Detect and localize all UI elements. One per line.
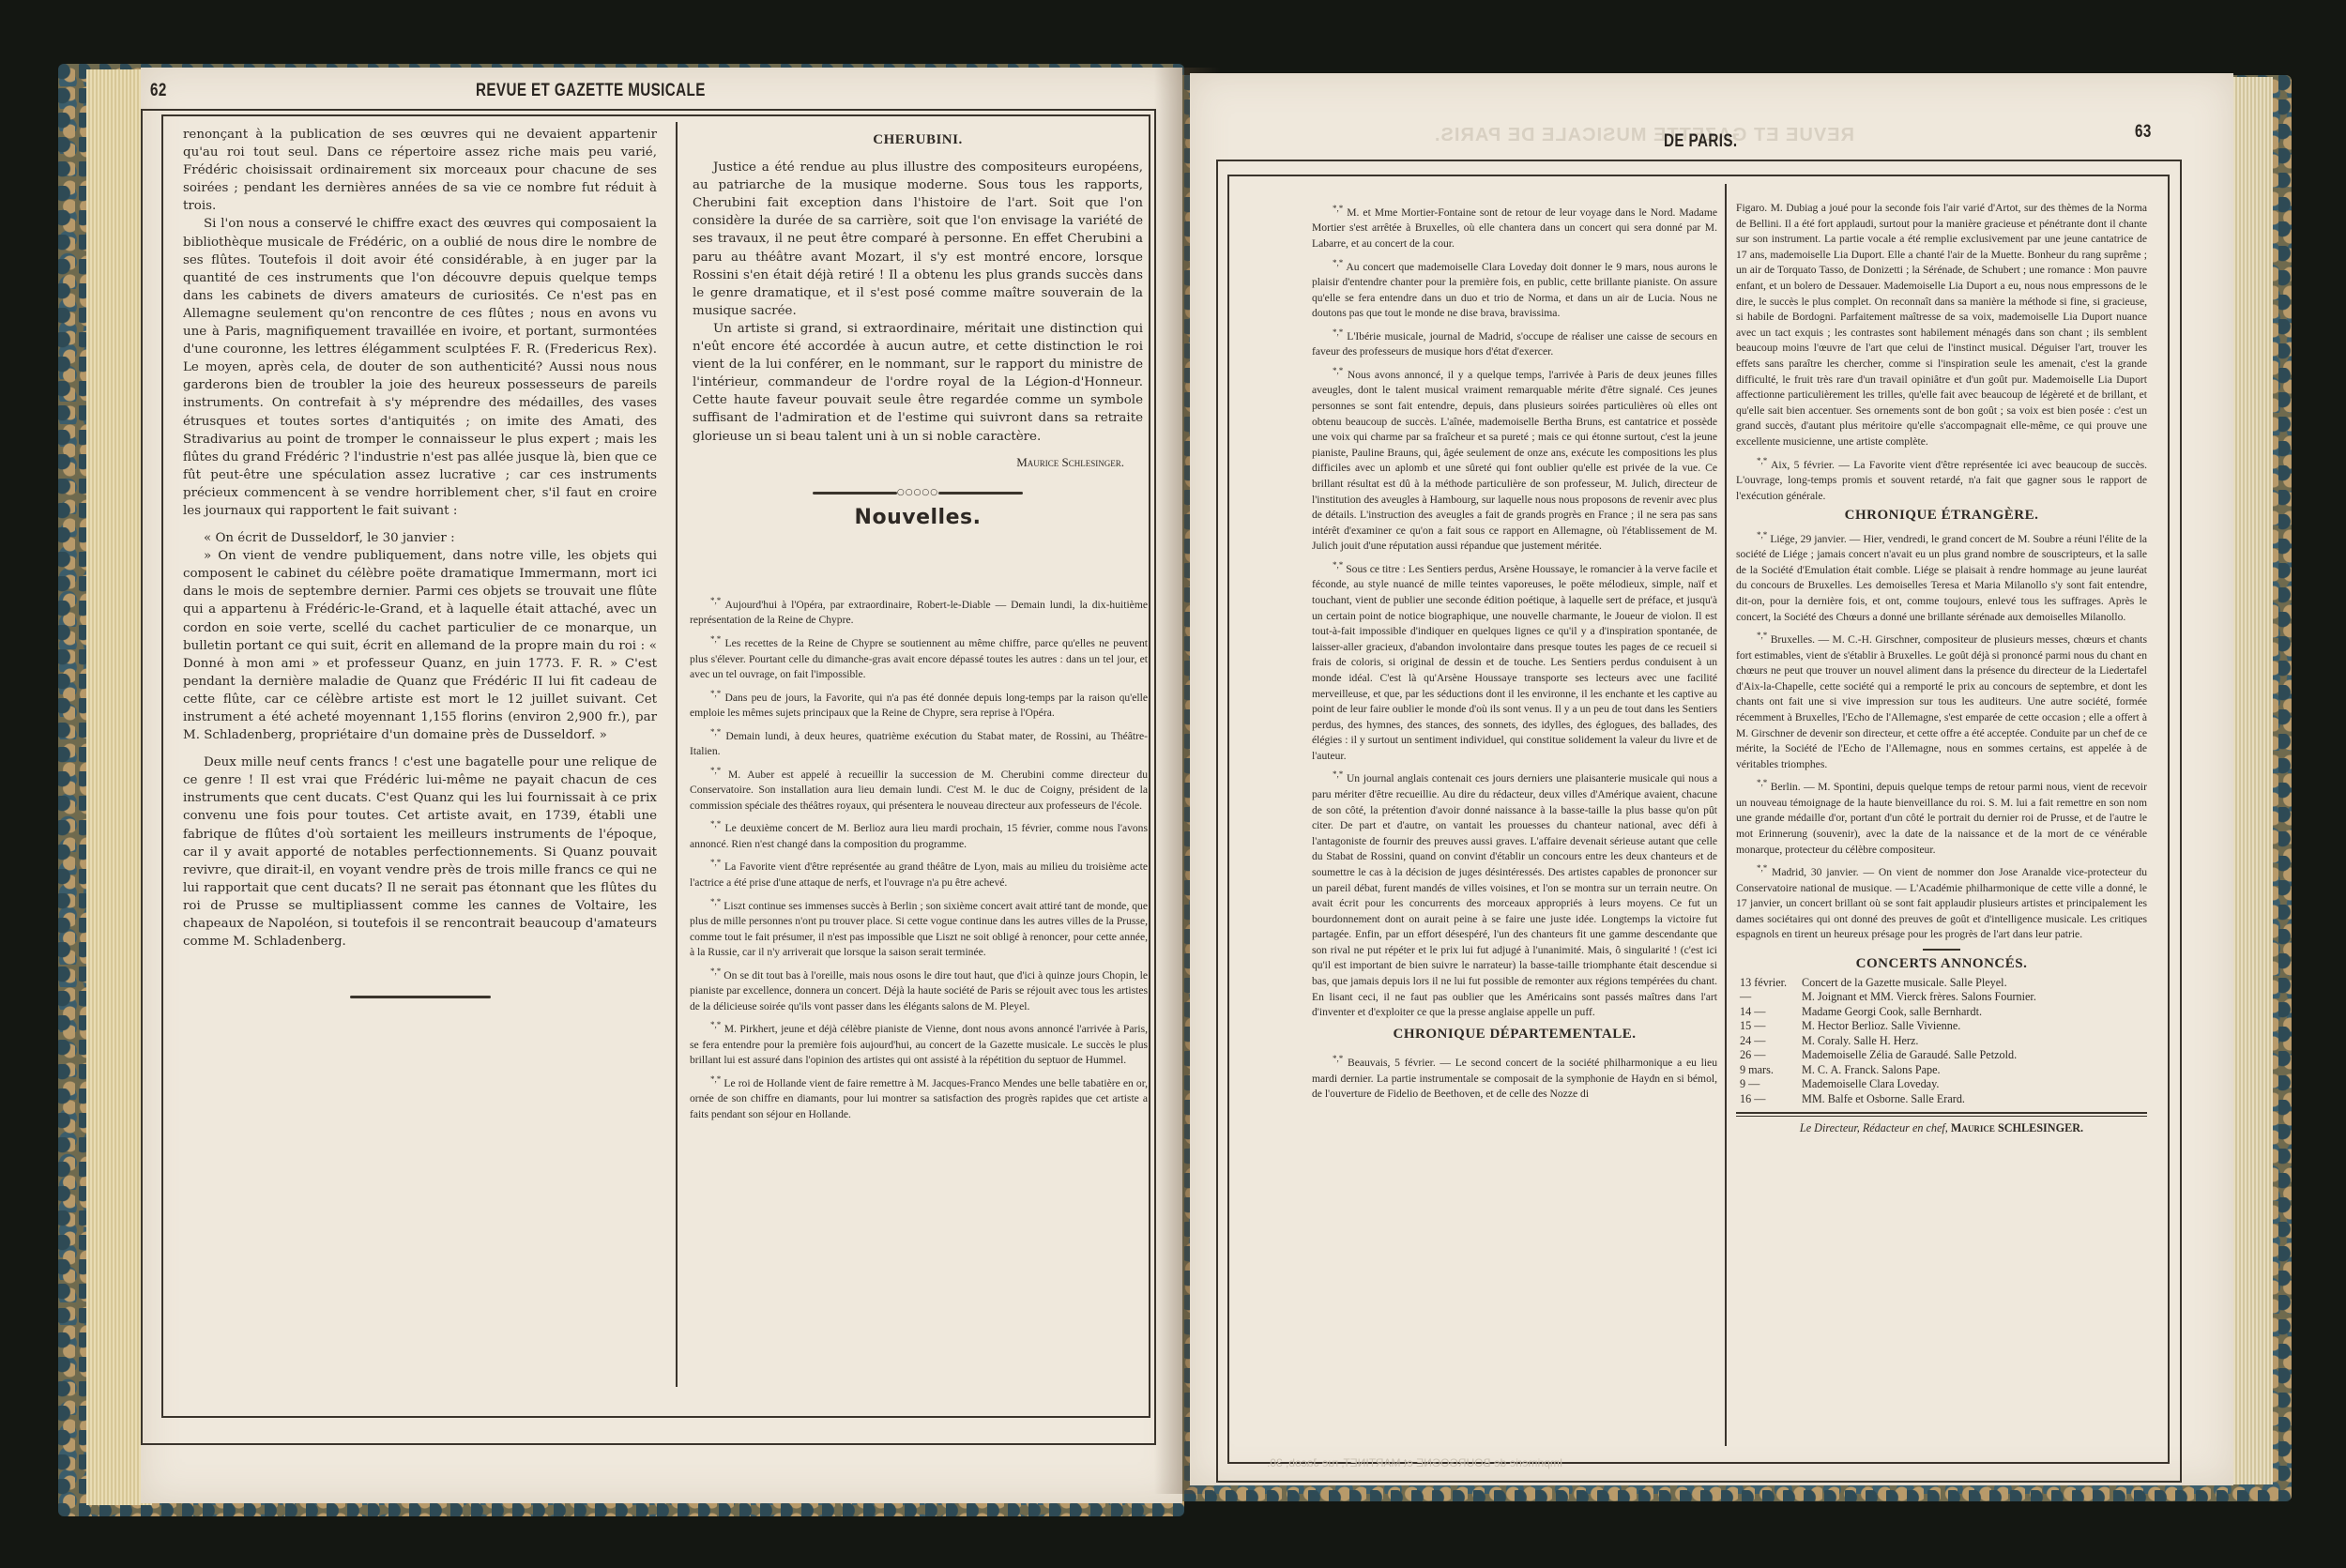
news-item: *,* Les recettes de la Reine de Chypre s… <box>690 632 1148 683</box>
news-item: *,* Sous ce titre : Les Sentiers perdus,… <box>1312 557 1717 765</box>
section-title-concerts: CONCERTS ANNONCÉS. <box>1736 956 2147 972</box>
news-item: *,* Nous avons annoncé, il y a quelque t… <box>1312 363 1717 555</box>
double-rule <box>1736 1112 2147 1117</box>
short-rule <box>1923 949 1960 951</box>
paragraph: Si l'on nous a conservé le chiffre exact… <box>183 215 657 520</box>
news-item: *,* Liszt continue ses immenses succès à… <box>690 894 1148 961</box>
news-item: *,* Un journal anglais contenait ces jou… <box>1312 767 1717 1020</box>
editor-label: Le Directeur, Rédacteur en chef, <box>1800 1121 1948 1134</box>
concert-row: 15 —M. Hector Berlioz. Salle Vivienne. <box>1736 1019 2147 1034</box>
continued-paragraph: Figaro. M. Dubiag a joué pour la seconde… <box>1736 201 2147 450</box>
news-item: *,* Le deuxième concert de M. Berlioz au… <box>690 816 1148 852</box>
paragraph: Un artiste si grand, si extraordinaire, … <box>693 320 1143 446</box>
running-head-right: DE PARIS. <box>1664 131 1737 152</box>
concerts-table: 13 février.Concert de la Gazette musical… <box>1736 976 2147 1107</box>
concert-row: 24 —M. Coraly. Salle H. Herz. <box>1736 1034 2147 1049</box>
concert-row: 16 —MM. Balfe et Osborne. Salle Erard. <box>1736 1092 2147 1107</box>
news-item: *,* M. Pirkhert, jeune et déjà célèbre p… <box>690 1017 1148 1069</box>
news-item: *,* Aix, 5 février. — La Favorite vient … <box>1736 453 2147 505</box>
news-item: *,* Le roi de Hollande vient de faire re… <box>690 1072 1148 1123</box>
quote-paragraph: » On vient de vendre publiquement, dans … <box>183 547 657 744</box>
concert-row: 9 mars.M. C. A. Franck. Salons Pape. <box>1736 1063 2147 1078</box>
editor-credit: Le Directeur, Rédacteur en chef, Maurice… <box>1736 1120 2147 1136</box>
section-title-chronique-etrangere: CHRONIQUE ÉTRANGÈRE. <box>1736 508 2147 524</box>
quote-dateline: « On écrit de Dusseldorf, le 30 janvier … <box>183 529 657 547</box>
column-rule <box>1725 184 1727 1446</box>
section-title-cherubini: CHERUBINI. <box>693 131 1143 149</box>
news-item: *,* Demain lundi, à deux heures, quatriè… <box>690 724 1148 760</box>
page-number-right: 63 <box>2135 122 2152 143</box>
right-column-2: Figaro. M. Dubiag a joué pour la seconde… <box>1736 201 2147 1136</box>
concert-row: 14 —Madame Georgi Cook, salle Bernhardt. <box>1736 1005 2147 1020</box>
news-item: *,* M. Auber est appelé à recueillir la … <box>690 763 1148 814</box>
left-column-2: CHERUBINI. Justice a été rendue au plus … <box>693 126 1143 536</box>
signature: Maurice Schlesinger. <box>693 453 1124 471</box>
left-page: 62 REVUE ET GAZETTE MUSICALE renonçant à… <box>141 68 1182 1503</box>
paragraph: Deux mille neuf cents francs ! c'est une… <box>183 754 657 951</box>
page-edges-right <box>2233 77 2273 1484</box>
bleed-through-text: REVUE ET GAZETTE MUSICALE DE PARIS. <box>1434 125 1854 146</box>
editor-name: Maurice SCHLESINGER. <box>1951 1121 2083 1134</box>
news-item: *,* Dans peu de jours, la Favorite, qui … <box>690 686 1148 722</box>
section-title-chronique-departementale: CHRONIQUE DÉPARTEMENTALE. <box>1312 1027 1717 1043</box>
news-item: *,* Madrid, 30 janvier. — On vient de no… <box>1736 860 2147 943</box>
concert-row: —M. Joignant et MM. Vierck frères. Salon… <box>1736 990 2147 1005</box>
paragraph: renonçant à la publication de ses œuvres… <box>183 126 657 215</box>
news-item: *,* Berlin. — M. Spontini, depuis quelqu… <box>1736 775 2147 858</box>
news-item: *,* La Favorite vient d'être représentée… <box>690 855 1148 891</box>
page-number-left: 62 <box>150 81 167 101</box>
news-item: *,* Bruxelles. — M. C.-H. Girschner, com… <box>1736 628 2147 772</box>
news-item: *,* Liége, 29 janvier. — Hier, vendredi,… <box>1736 527 2147 625</box>
news-item: *,* Beauvais, 5 février. — Le second con… <box>1312 1051 1717 1103</box>
concert-row: 13 février.Concert de la Gazette musical… <box>1736 976 2147 991</box>
news-item: *,* Au concert que mademoiselle Clara Lo… <box>1312 255 1717 322</box>
news-item: *,* Aujourd'hui à l'Opéra, par extraordi… <box>690 593 1148 629</box>
news-item: *,* L'Ibérie musicale, journal de Madrid… <box>1312 325 1717 360</box>
left-column-1: renonçant à la publication de ses œuvres… <box>183 126 657 1012</box>
right-column-1: *,* M. et Mme Mortier-Fontaine sont de r… <box>1312 201 1717 1105</box>
concert-row: 26 —Mademoiselle Zélia de Garaudé. Salle… <box>1736 1048 2147 1063</box>
concert-row: 9 —Mademoiselle Clara Loveday. <box>1736 1077 2147 1092</box>
news-item: *,* On se dit tout bas à l'oreille, mais… <box>690 964 1148 1015</box>
section-ornament: ○○○○○ <box>693 484 1143 495</box>
running-head-left: REVUE ET GAZETTE MUSICALE <box>476 81 706 101</box>
news-item: *,* M. et Mme Mortier-Fontaine sont de r… <box>1312 201 1717 252</box>
right-page: REVUE ET GAZETTE MUSICALE DE PARIS. DE P… <box>1190 73 2233 1485</box>
news-list: *,* Aujourd'hui à l'Opéra, par extraordi… <box>690 593 1148 1126</box>
paragraph: Justice a été rendue au plus illustre de… <box>693 159 1143 320</box>
section-title-nouvelles: Nouvelles. <box>693 509 1143 526</box>
column-rule <box>676 122 678 1387</box>
imprint-bleed-through: Imprimerie de BOURGOGNE et MARTINET, rue… <box>1267 1456 1562 1469</box>
section-ornament <box>183 988 657 999</box>
